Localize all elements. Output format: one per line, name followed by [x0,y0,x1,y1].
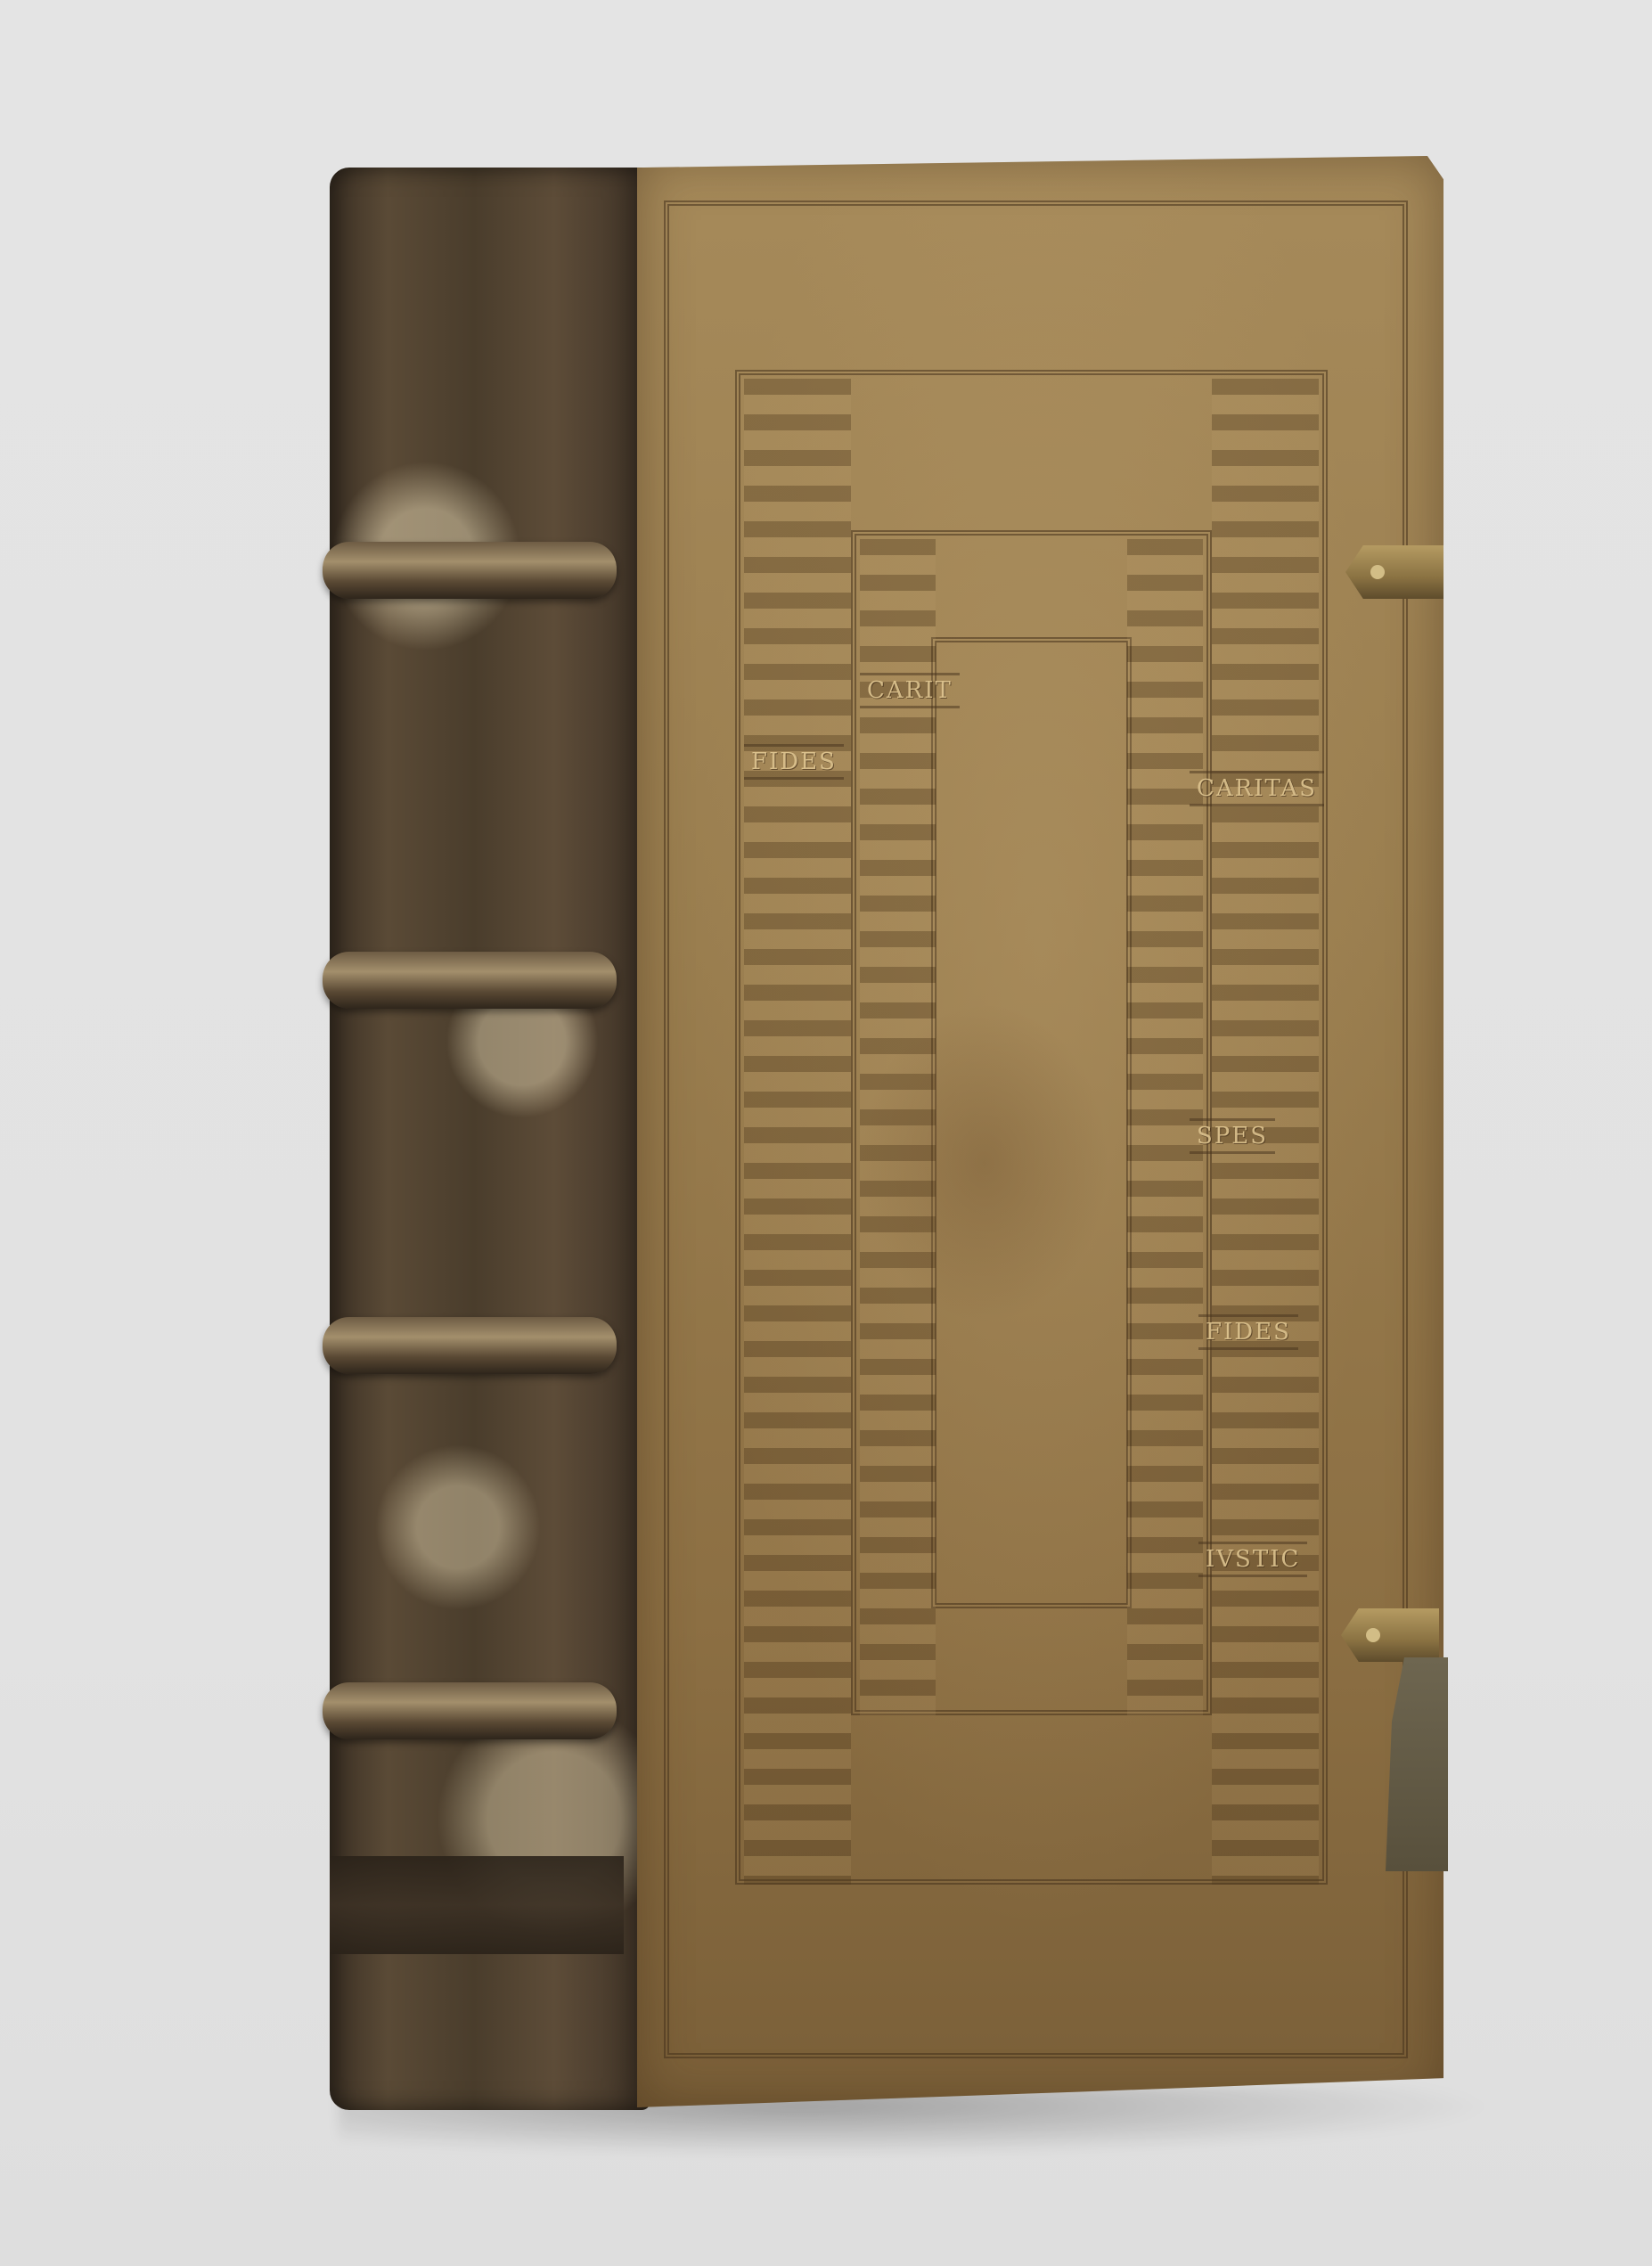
brass-clasp-bottom [1341,1608,1439,1662]
brass-clasp-top [1345,545,1443,599]
spine-raised-band [323,952,617,1009]
book-spine [330,168,650,2110]
book-front-cover: FIDES CARITAS SPES CARIT FIDES IVSTIC [637,156,1443,2107]
panel-label: FIDES [1198,1314,1298,1350]
spine-raised-band [323,1317,617,1374]
panel-label: IVSTIC [1198,1542,1307,1577]
spine-dark-band [330,1856,624,1954]
panel-label: CARITAS [1190,771,1324,806]
panel-label: SPES [1190,1118,1275,1154]
spine-raised-band [323,542,617,599]
water-stain [860,1002,1109,1323]
left-ornamental-roll [744,379,851,1885]
panel-label: FIDES [744,744,844,780]
panel-label: CARIT [860,673,960,708]
spine-raised-band [323,1682,617,1739]
